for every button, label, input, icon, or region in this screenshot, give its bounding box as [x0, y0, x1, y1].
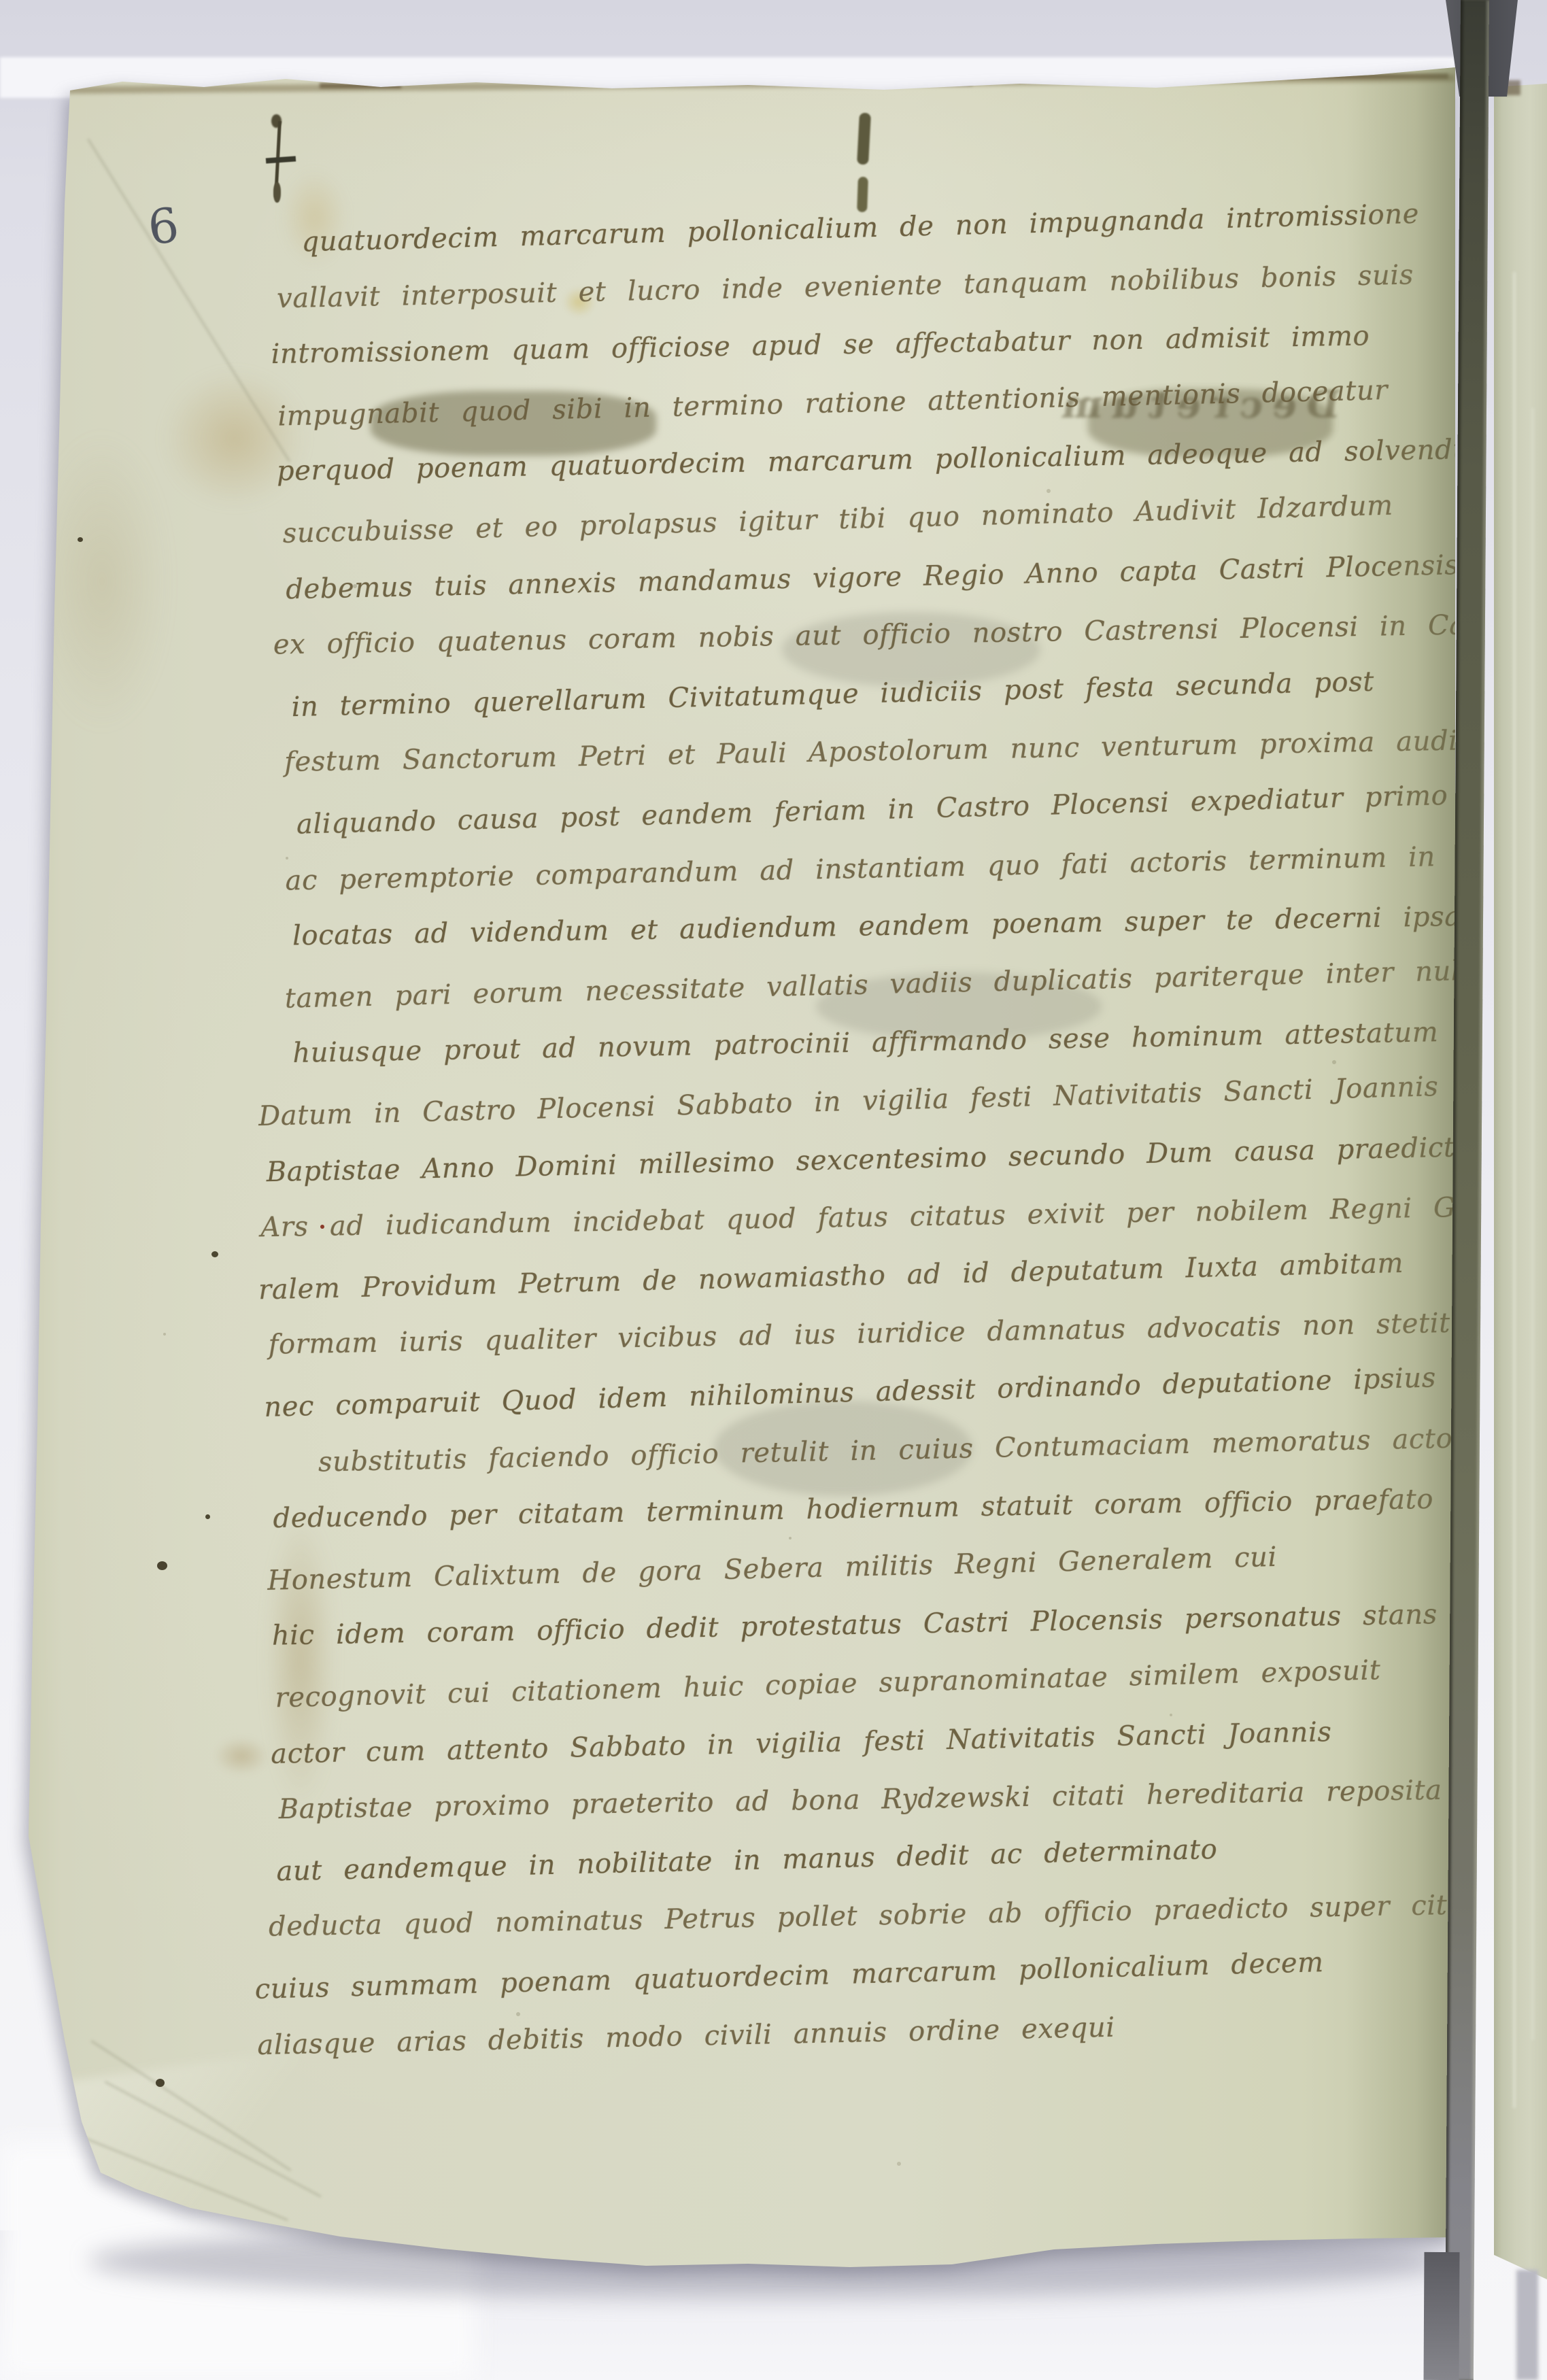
manuscript-line: locatas ad videndum et audiendum eandem …: [292, 901, 1461, 951]
manuscript-line: vallavit interposuit et lucro inde eveni…: [277, 259, 1414, 314]
manuscript-line: aliquando causa post eandem feriam in Ca…: [296, 780, 1448, 840]
manuscript-line: ralem Providum Petrum de nowamiastho ad …: [258, 1248, 1404, 1306]
manuscript-page: Decretum 6 quatuordecim marcarum polloni…: [0, 0, 1547, 2380]
stain-bottom-left: [214, 1737, 269, 1775]
manuscript-line: Honestum Calixtum de gora Sebera militis…: [267, 1542, 1278, 1597]
clamp-bar-bottom: [1424, 2252, 1460, 2380]
manuscript-line: Baptistae proximo praeterito ad bona Ryd…: [278, 1775, 1442, 1825]
manuscript-line: aut eandemque in nobilitate in manus ded…: [276, 1834, 1218, 1888]
manuscript-line: recognovit cui citationem huic copiae su…: [275, 1654, 1381, 1714]
facing-page-streak: [1513, 272, 1516, 2108]
binding-pin-crossbar-icon: [266, 156, 296, 163]
wormhole: [78, 537, 83, 542]
folio-number-pencil: 6: [145, 197, 182, 256]
facing-page-streak: [1531, 408, 1534, 2040]
manuscript-line: cuius summam poenam quatuordecim marcaru…: [254, 1947, 1324, 2005]
fold-highlight-bottom-left: [29, 2049, 318, 2228]
wormhole: [157, 1561, 167, 1570]
manuscript-page-wrap: Decretum 6 quatuordecim marcarum polloni…: [0, 0, 1547, 2380]
manuscript-line: succubuisse et eo prolapsus igitur tibi …: [282, 490, 1393, 549]
top-edge-grime: [68, 74, 1455, 94]
manuscript-line: formam iuris qualiter vicibus ad ius iur…: [268, 1308, 1450, 1361]
manuscript-line: hic idem coram officio dedit protestatus…: [271, 1597, 1520, 1652]
manuscript-line: festum Sanctorum Petri et Pauli Apostolo…: [284, 724, 1527, 778]
paper-speckles: [0, 0, 3, 3]
manuscript-text-block: quatuordecim marcarum pollonicalium de n…: [241, 201, 1438, 224]
wormhole: [156, 2079, 165, 2087]
manuscript-line: intromissionem quam officiose apud se af…: [271, 320, 1370, 370]
background-seam: [1516, 2270, 1538, 2380]
manuscript-photo-scene: Decretum 6 quatuordecim marcarum polloni…: [0, 0, 1547, 2380]
manuscript-line: Ars ad iudicandum incidebat quod fatus c…: [260, 1191, 1507, 1243]
grime-segment: [870, 80, 972, 86]
grime-segment: [320, 83, 401, 88]
manuscript-line: aliasque arias debitis modo civili annui…: [257, 2011, 1115, 2060]
manuscript-line: actor cum attento Sabbato in vigilia fes…: [271, 1716, 1332, 1770]
ink-dot-margin: [205, 1514, 210, 1519]
stitch-thread-icon: [857, 113, 871, 165]
stain-left-margin: [37, 435, 167, 728]
manuscript-line: Datum in Castro Plocensi Sabbato in vigi…: [258, 1071, 1439, 1132]
ink-dot-margin: [211, 1251, 218, 1257]
manuscript-line: debemus tuis annexis mandamus vigore Reg…: [286, 549, 1459, 605]
stitch-thread-icon: [857, 177, 868, 212]
binding-pin-tail-icon: [273, 182, 281, 203]
facing-page-sliver: [1489, 0, 1547, 2380]
